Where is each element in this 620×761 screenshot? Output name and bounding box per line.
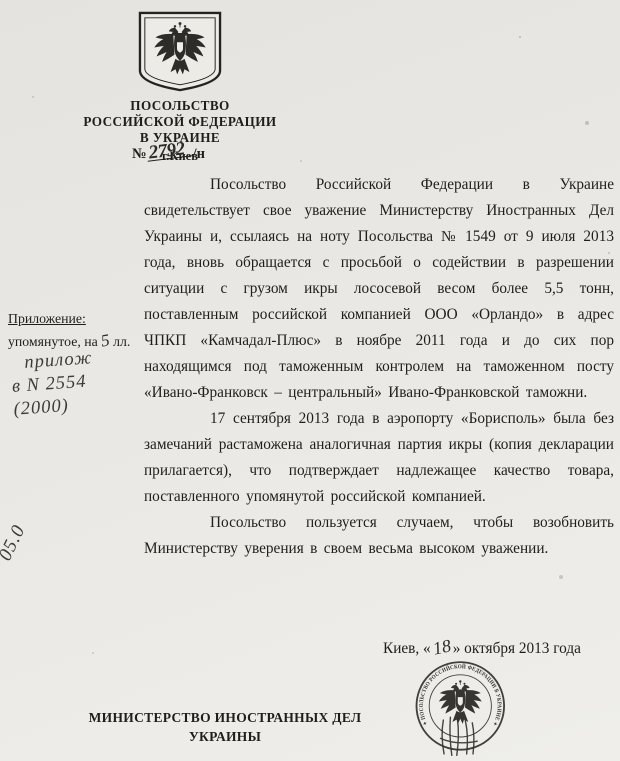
scan-specks (0, 0, 2, 2)
filing-note-line3: (2000) (13, 393, 96, 422)
embassy-name-line2: РОССИЙСКОЙ ФЕДЕРАЦИИ (80, 114, 280, 130)
ministry-line2: УКРАИНЫ (70, 727, 380, 746)
number-sign: № (132, 146, 147, 162)
handwritten-filing-note: прилож в N 2554 (2000) (10, 347, 97, 422)
body-paragraph-2: 17 сентября 2013 года в аэропорту «Борис… (144, 406, 614, 510)
attachment-label: Приложение: (8, 310, 148, 327)
handwritten-sheet-count: 5 (100, 331, 111, 349)
note-body: Посольство Российской Федерации в Украин… (144, 172, 614, 562)
embassy-emblem-shield (134, 10, 226, 94)
number-suffix: /н (193, 146, 205, 162)
embassy-round-stamp: ✦ ПОСОЛЬСТВО РОССИЙСКОЙ ФЕДЕРАЦИИ В УКРА… (374, 648, 548, 761)
note-number: №2792/н (132, 146, 205, 163)
margin-scribble: 05.0 (0, 521, 31, 564)
attachment-note: Приложение: упомянутое, на 5 лл. (8, 310, 148, 350)
body-paragraph-1: Посольство Российской Федерации в Украин… (144, 172, 614, 406)
body-paragraph-3: Посольство пользуется случаем, чтобы воз… (144, 510, 614, 562)
attachment-text-post: лл. (113, 334, 130, 349)
stamp-eagle-icon (439, 680, 482, 724)
embassy-name-line1: ПОСОЛЬСТВО (80, 98, 280, 114)
handwritten-note-number: 2792 (146, 141, 193, 161)
scanned-diplomatic-note: ПОСОЛЬСТВО РОССИЙСКОЙ ФЕДЕРАЦИИ В УКРАИН… (0, 0, 620, 761)
ministry-line1: МИНИСТЕРСТВО ИНОСТРАННЫХ ДЕЛ (70, 708, 380, 727)
ministry-address: МИНИСТЕРСТВО ИНОСТРАННЫХ ДЕЛ УКРАИНЫ (70, 708, 380, 746)
